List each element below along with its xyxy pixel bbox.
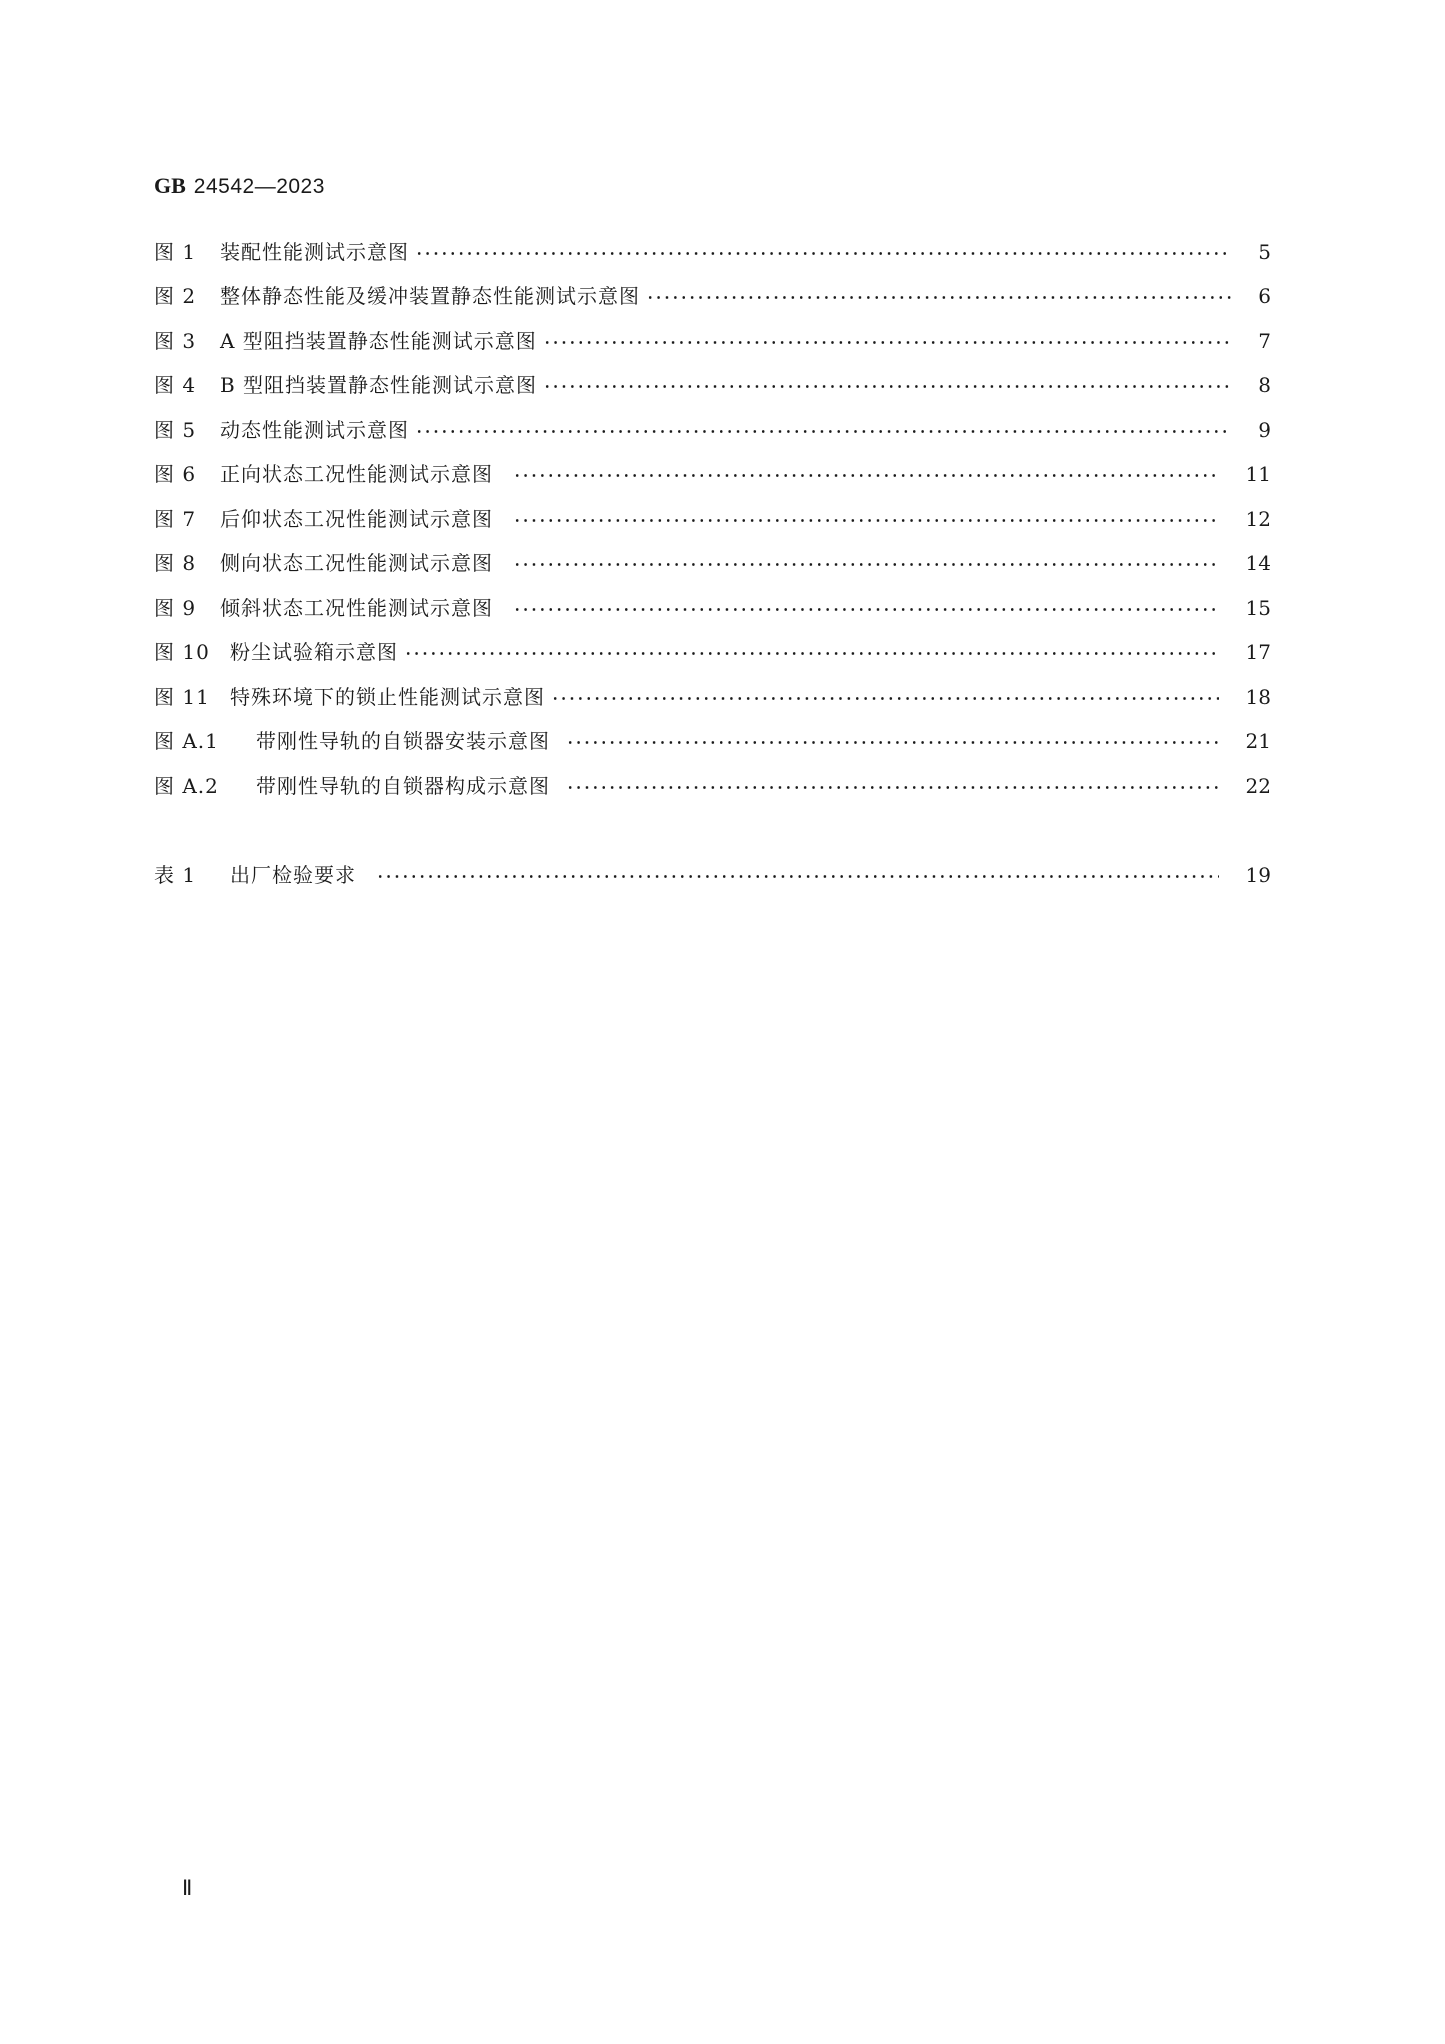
toc-entry[interactable]: 图 7后仰状态工况性能测试示意图 12 <box>154 504 1271 534</box>
page-number: 6 <box>1241 281 1271 311</box>
table-number: 表 1 <box>154 860 230 890</box>
entry-title: 粉尘试验箱示意图 <box>230 637 398 667</box>
entry-title: 侧向状态工况性能测试示意图 <box>220 548 493 578</box>
dot-leader <box>543 370 1231 400</box>
dot-leader <box>513 593 1219 623</box>
entry-title: 倾斜状态工况性能测试示意图 <box>220 593 493 623</box>
page-number: 9 <box>1241 415 1271 445</box>
dot-leader <box>551 682 1219 712</box>
standard-number: 24542—2023 <box>194 175 325 198</box>
figure-number: 图 8 <box>154 548 220 578</box>
figure-number: 图 11 <box>154 682 230 712</box>
dot-leader <box>566 726 1219 756</box>
page-number: 21 <box>1241 726 1271 756</box>
toc-entry[interactable]: 图 A.2带刚性导轨的自锁器构成示意图 22 <box>154 771 1271 801</box>
dot-leader <box>513 459 1219 489</box>
toc-entry[interactable]: 图 5动态性能测试示意图 9 <box>154 415 1271 445</box>
figure-number: 图 9 <box>154 593 220 623</box>
page-number: 12 <box>1241 504 1271 534</box>
toc-entry[interactable]: 图 2整体静态性能及缓冲装置静态性能测试示意图 6 <box>154 281 1271 311</box>
entry-title: 整体静态性能及缓冲装置静态性能测试示意图 <box>220 281 640 311</box>
page-number: 17 <box>1241 637 1271 667</box>
figure-number: 图 A.2 <box>154 771 256 801</box>
figure-number: 图 2 <box>154 281 220 311</box>
entry-title: 动态性能测试示意图 <box>220 415 409 445</box>
standard-prefix: GB <box>154 173 186 198</box>
dot-leader <box>376 860 1219 890</box>
page-number: 22 <box>1241 771 1271 801</box>
entry-title: 带刚性导轨的自锁器安装示意图 <box>256 726 550 756</box>
toc-entry[interactable]: 图 9倾斜状态工况性能测试示意图 15 <box>154 593 1271 623</box>
toc-entry[interactable]: 图 11特殊环境下的锁止性能测试示意图 18 <box>154 682 1271 712</box>
toc-entry[interactable]: 图 8侧向状态工况性能测试示意图 14 <box>154 548 1271 578</box>
dot-leader <box>646 281 1231 311</box>
entry-title: 正向状态工况性能测试示意图 <box>220 459 493 489</box>
dot-leader <box>543 326 1231 356</box>
toc-entry[interactable]: 图 3A 型阻挡装置静态性能测试示意图 7 <box>154 326 1271 356</box>
figure-number: 图 3 <box>154 326 220 356</box>
entry-title: 装配性能测试示意图 <box>220 237 409 267</box>
page-number: 5 <box>1241 237 1271 267</box>
toc-entry[interactable]: 图 4B 型阻挡装置静态性能测试示意图 8 <box>154 370 1271 400</box>
entry-title: 出厂检验要求 <box>230 860 356 890</box>
page-number: 11 <box>1241 459 1271 489</box>
document-header: GB24542—2023 <box>154 171 325 202</box>
dot-leader <box>566 771 1219 801</box>
entry-title: 后仰状态工况性能测试示意图 <box>220 504 493 534</box>
page-number: 18 <box>1241 682 1271 712</box>
toc-entry[interactable]: 图 10粉尘试验箱示意图 17 <box>154 637 1271 667</box>
page-number: 14 <box>1241 548 1271 578</box>
dot-leader <box>415 237 1231 267</box>
dot-leader <box>404 637 1219 667</box>
toc-entry[interactable]: 图 1装配性能测试示意图 5 <box>154 237 1271 267</box>
entry-title: 带刚性导轨的自锁器构成示意图 <box>256 771 550 801</box>
entry-title: A 型阻挡装置静态性能测试示意图 <box>220 326 537 356</box>
figure-number: 图 A.1 <box>154 726 256 756</box>
figure-number: 图 1 <box>154 237 220 267</box>
entry-title: 特殊环境下的锁止性能测试示意图 <box>230 682 545 712</box>
page-number: 7 <box>1241 326 1271 356</box>
figure-number: 图 7 <box>154 504 220 534</box>
page-number: 15 <box>1241 593 1271 623</box>
page-number-footer: Ⅱ <box>182 1876 192 1901</box>
toc-entry[interactable]: 图 A.1带刚性导轨的自锁器安装示意图 21 <box>154 726 1271 756</box>
dot-leader <box>415 415 1231 445</box>
dot-leader <box>513 504 1219 534</box>
entry-title: B 型阻挡装置静态性能测试示意图 <box>220 370 537 400</box>
page-number: 19 <box>1241 860 1271 890</box>
toc-entry[interactable]: 图 6正向状态工况性能测试示意图 11 <box>154 459 1271 489</box>
figure-number: 图 6 <box>154 459 220 489</box>
figure-number: 图 5 <box>154 415 220 445</box>
figure-number: 图 4 <box>154 370 220 400</box>
page-number: 8 <box>1241 370 1271 400</box>
dot-leader <box>513 548 1219 578</box>
figure-number: 图 10 <box>154 637 230 667</box>
toc-entry[interactable]: 表 1出厂检验要求 19 <box>154 860 1271 890</box>
